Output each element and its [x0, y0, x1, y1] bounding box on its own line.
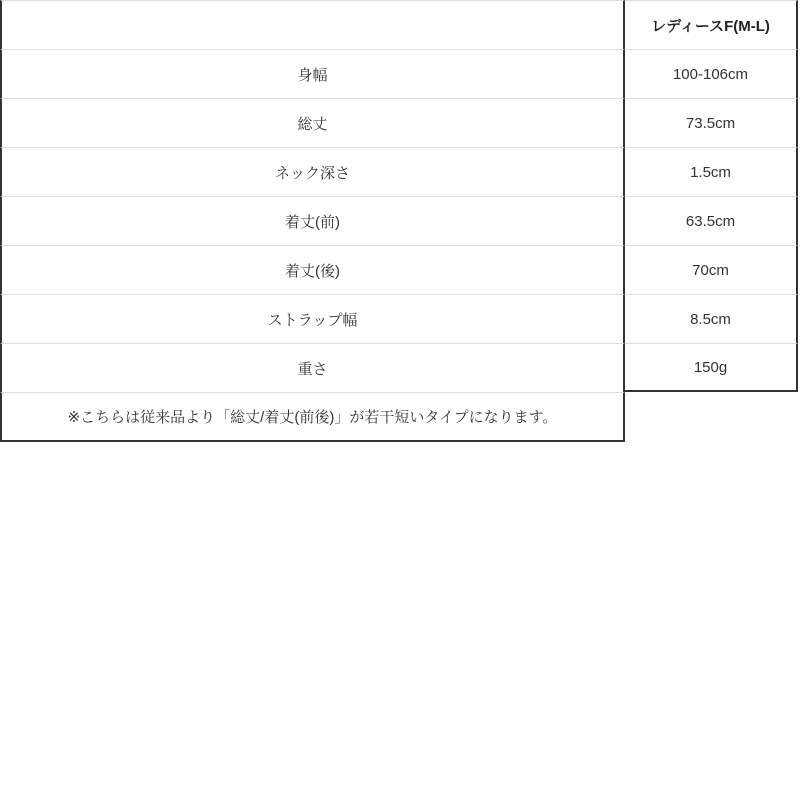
table-row: 身幅 100-106cm — [0, 49, 798, 98]
row-label: 着丈(前) — [0, 196, 625, 245]
row-label: 重さ — [0, 343, 625, 392]
row-label: 着丈(後) — [0, 245, 625, 294]
table-header-row: レディースF(M-L) — [0, 0, 798, 49]
row-value: 73.5cm — [625, 98, 798, 147]
row-value: 1.5cm — [625, 147, 798, 196]
table-row: ストラップ幅 8.5cm — [0, 294, 798, 343]
row-label: ネック深さ — [0, 147, 625, 196]
note-row: ※こちらは従来品より「総丈/着丈(前後)」が若干短いタイプになります。 — [0, 392, 798, 441]
row-value: 150g — [625, 343, 798, 392]
header-label-cell — [0, 0, 625, 49]
row-value: 63.5cm — [625, 196, 798, 245]
row-value: 8.5cm — [625, 294, 798, 343]
table-row: 着丈(前) 63.5cm — [0, 196, 798, 245]
row-label: ストラップ幅 — [0, 294, 625, 343]
header-size-cell: レディースF(M-L) — [625, 0, 798, 49]
size-table: レディースF(M-L) 身幅 100-106cm 総丈 73.5cm ネック深さ… — [0, 0, 798, 441]
table-row: 総丈 73.5cm — [0, 98, 798, 147]
table-row: 重さ 150g — [0, 343, 798, 392]
table-row: 着丈(後) 70cm — [0, 245, 798, 294]
table-row: ネック深さ 1.5cm — [0, 147, 798, 196]
row-label: 総丈 — [0, 98, 625, 147]
row-value: 100-106cm — [625, 49, 798, 98]
note-text: ※こちらは従来品より「総丈/着丈(前後)」が若干短いタイプになります。 — [0, 392, 625, 442]
row-value: 70cm — [625, 245, 798, 294]
row-label: 身幅 — [0, 49, 625, 98]
